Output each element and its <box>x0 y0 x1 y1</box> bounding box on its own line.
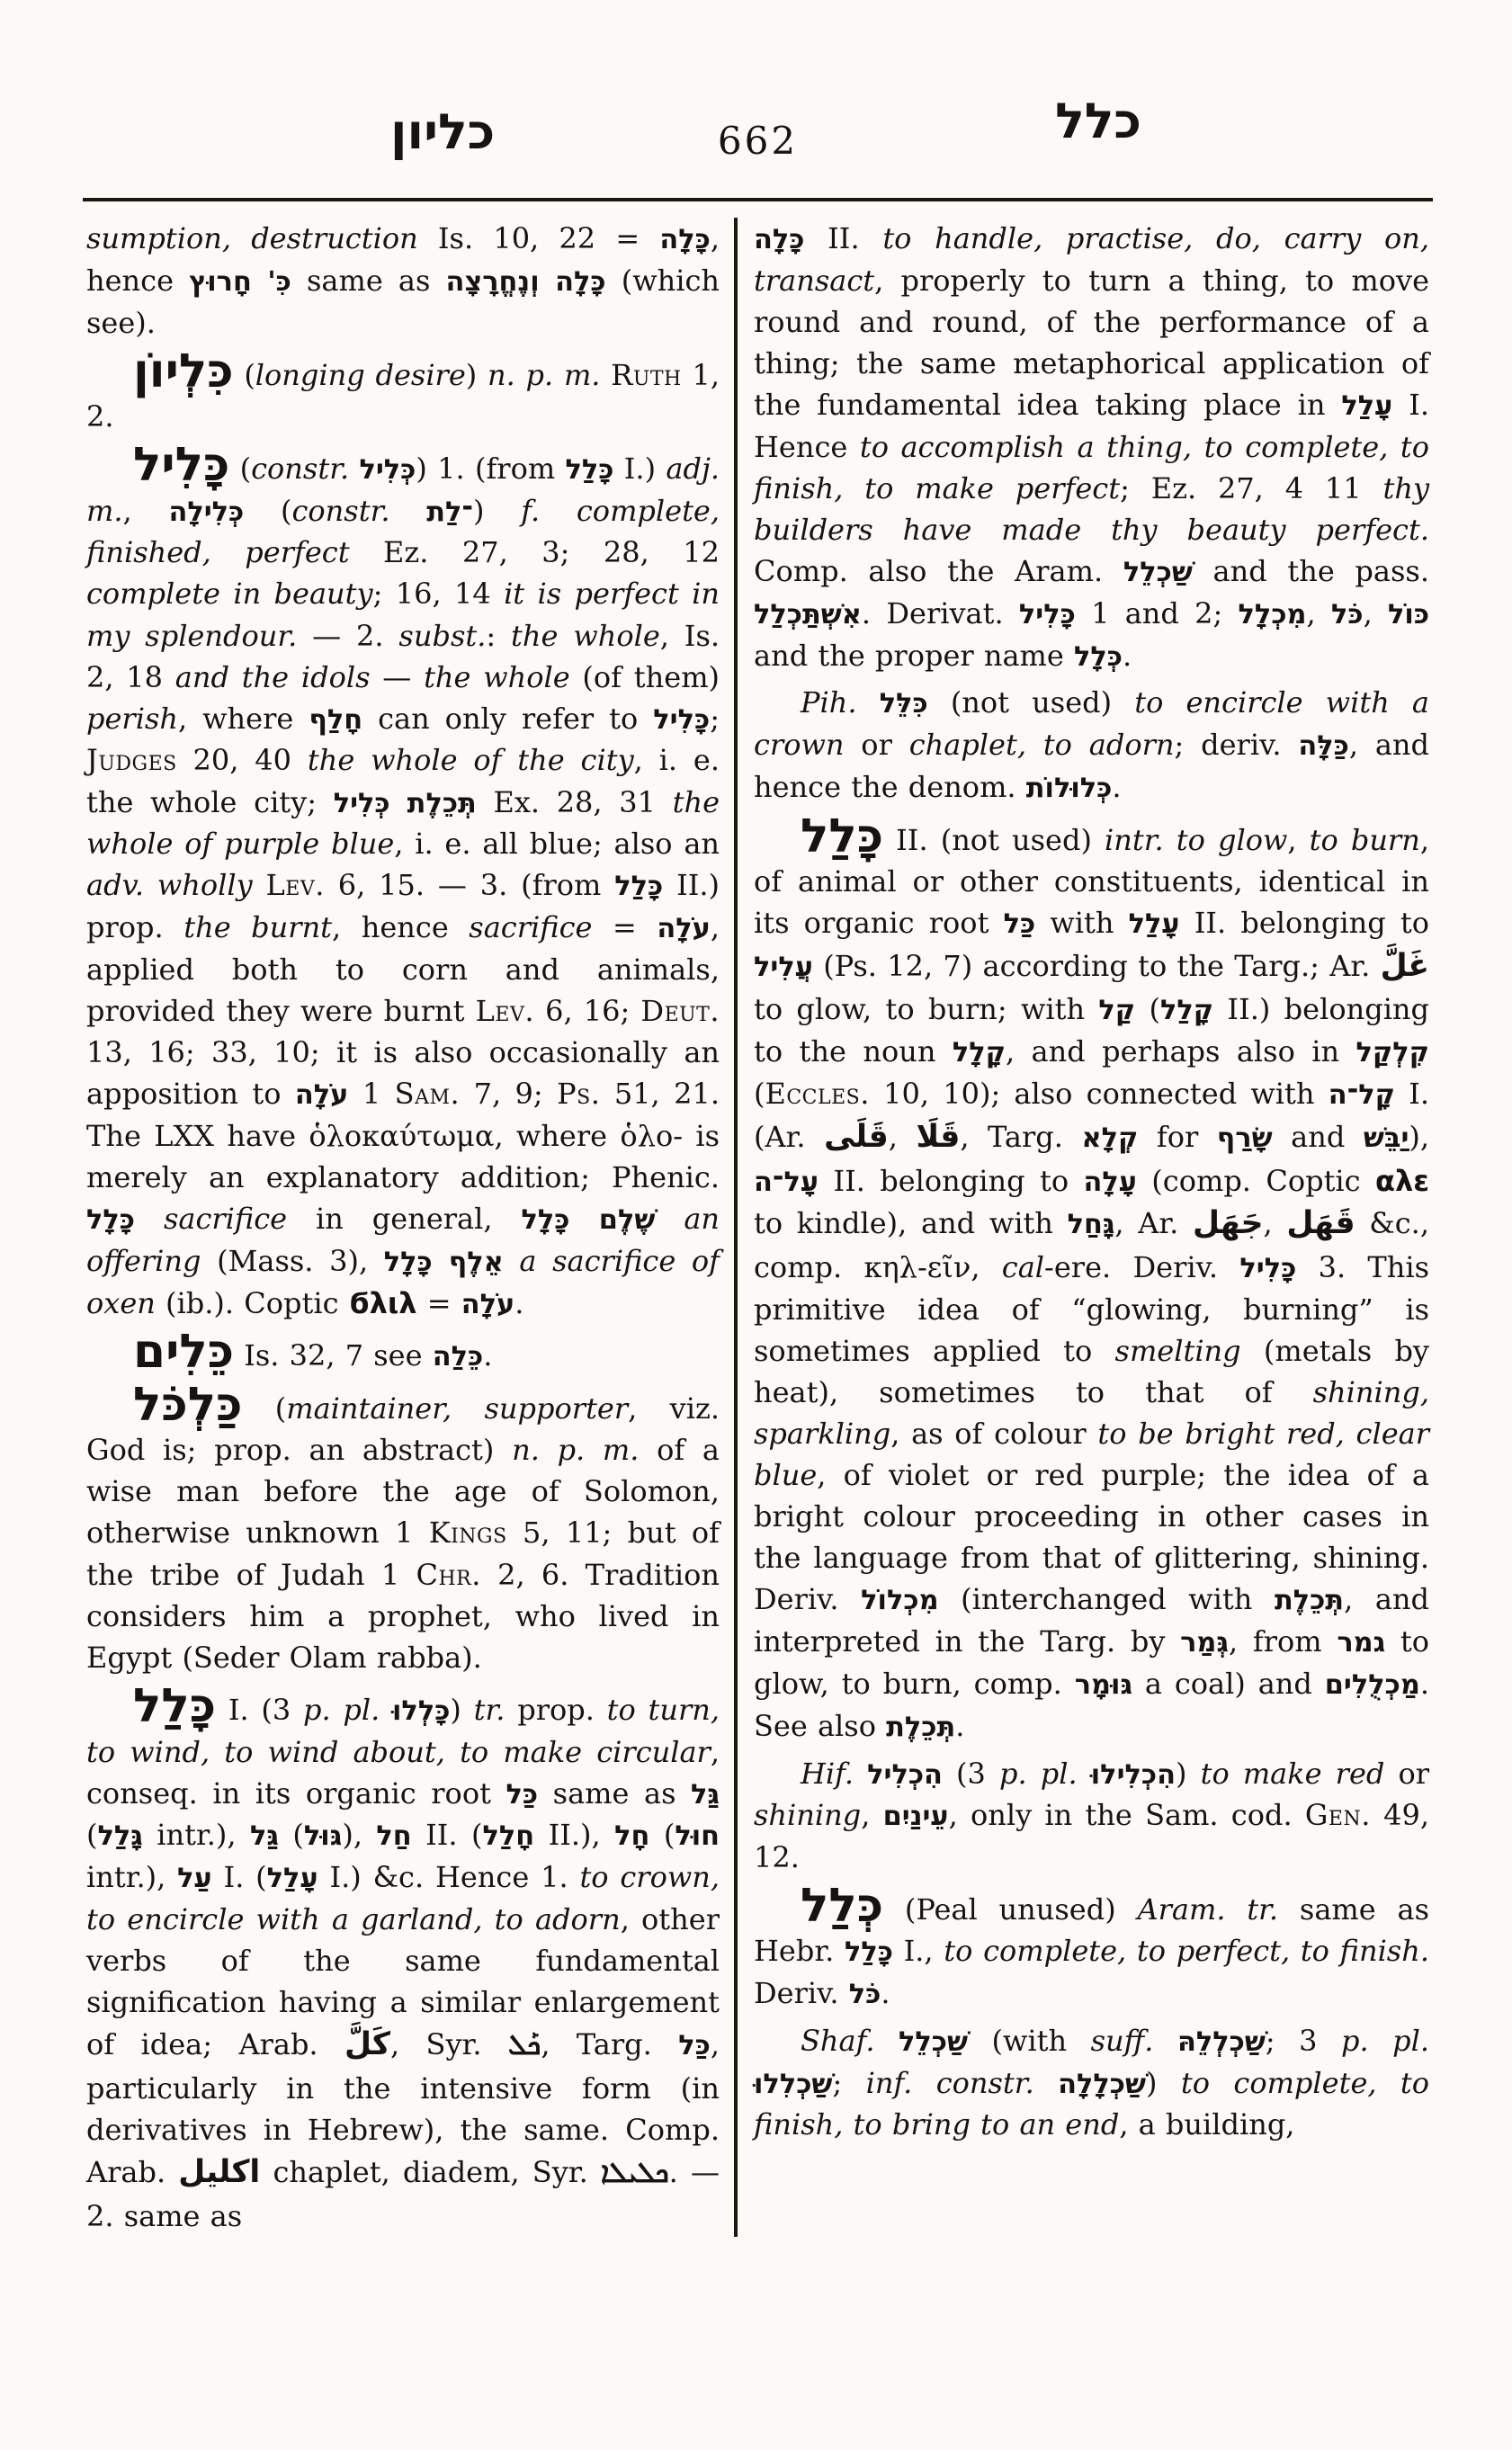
hebrew-word: מַכְלֻלִים <box>1325 1669 1420 1701</box>
text-run <box>1078 1757 1091 1791</box>
italic-run: chaplet, to adorn <box>909 728 1175 762</box>
smallcaps-reference: Ps. <box>557 1077 600 1111</box>
hebrew-word: גַּל <box>691 1779 720 1811</box>
hebrew-headword: כֵּלִים <box>133 1325 234 1379</box>
entry-paragraph: כַּלְכֹּל (maintainer, supporter, viz. G… <box>86 1382 720 1678</box>
hebrew-word: עָל־ה <box>754 1167 819 1198</box>
text-run: ) <box>450 1693 473 1727</box>
smallcaps-reference: Lev. <box>266 868 325 902</box>
coptic-word: αλε <box>1375 1164 1429 1198</box>
entry-paragraph: Shaf. שַׁכְלֵל (with suff. שַׁכְלְלֵהּ; … <box>754 2020 1429 2146</box>
hebrew-headword: כְּלַל <box>801 1879 883 1933</box>
hebrew-word: עָלָה <box>1083 1167 1136 1198</box>
italic-run: to make red <box>1201 1757 1385 1791</box>
smallcaps-reference: Ruth <box>611 358 682 392</box>
text-run: (ib.). Coptic <box>156 1286 349 1320</box>
text-run: ; 16, 14 <box>373 577 504 611</box>
text-run: II. <box>804 221 882 255</box>
italic-run: the whole <box>511 619 660 653</box>
hebrew-word: אֵלֶף כָּלָל <box>384 1247 504 1278</box>
text-run <box>504 1244 520 1278</box>
text-run <box>854 1757 867 1791</box>
text-run <box>349 452 359 486</box>
hebrew-word: כַּלָּה <box>1298 730 1348 762</box>
text-run <box>874 2024 899 2058</box>
text-run: (3 <box>943 1757 999 1791</box>
text-run <box>655 1202 684 1236</box>
text-run: . <box>514 1286 523 1320</box>
text-run: I. ( <box>212 1860 267 1894</box>
header-keyword-left: כליון <box>390 108 495 156</box>
text-run: ) 1. (from <box>416 452 565 486</box>
text-run: (interchanged with <box>939 1582 1275 1616</box>
hebrew-word: חוּל <box>675 1820 720 1852</box>
text-run: — 2. <box>297 619 398 653</box>
text-columns: sumption, destruction Is. 10, 22 = כָּלָ… <box>86 218 1429 2237</box>
text-run: ( <box>86 1818 97 1852</box>
text-run: ( <box>229 452 251 486</box>
hebrew-word: חָלַל <box>483 1820 535 1852</box>
text-run: Is. 32, 7 see <box>234 1338 433 1373</box>
text-run: and the proper name <box>754 639 1074 673</box>
text-run: , <box>889 1120 917 1154</box>
text-run: and <box>1273 1120 1364 1154</box>
hebrew-word: כְּלִילָה <box>168 496 244 528</box>
hebrew-word: כִּלֵּל <box>880 688 928 720</box>
text-run: prop. <box>505 1693 606 1727</box>
text-run: II. ( <box>412 1818 483 1852</box>
text-run: in general, <box>287 1202 521 1236</box>
hebrew-word: גָּחַל <box>1068 1209 1115 1240</box>
text-run: II.), <box>534 1818 614 1852</box>
text-run: , <box>1364 596 1388 630</box>
header-keyword-right: כלל <box>1055 97 1141 146</box>
italic-run: the burnt <box>183 910 332 944</box>
text-run: II. belonging to <box>1180 906 1429 940</box>
text-run: , <box>123 494 169 528</box>
text-run: , only in the Sam. cod. <box>949 1798 1305 1832</box>
hebrew-headword: כָּלַל <box>133 1679 216 1733</box>
italic-run: complete in beauty <box>86 577 373 611</box>
italic-run: n. p. m. <box>512 1433 639 1467</box>
coptic-word: ϭλιλ <box>349 1286 417 1320</box>
text-run: , Ar. <box>1114 1206 1193 1240</box>
hebrew-word: קַל <box>1098 995 1135 1026</box>
text-run: or <box>844 728 908 762</box>
header-rule <box>83 198 1433 201</box>
italic-run: and the idols <box>175 660 371 694</box>
italic-run: Aram. tr. <box>1137 1892 1278 1927</box>
text-run: chaplet, diadem, Syr. <box>260 2155 601 2189</box>
text-run: for <box>1138 1120 1216 1154</box>
text-run: ; <box>710 702 720 736</box>
text-run: (not used) <box>928 685 1135 720</box>
italic-run: maintainer, supporter <box>286 1391 628 1426</box>
text-run <box>253 868 266 902</box>
italic-run: inf. constr. <box>866 2066 1034 2100</box>
text-run: , Targ. <box>960 1120 1081 1154</box>
right-column: כָּלָה II. to handle, practise, do, carr… <box>754 218 1429 2237</box>
text-run <box>135 1202 164 1236</box>
text-run <box>600 358 611 392</box>
text-run: I.) <box>614 452 667 486</box>
text-run: , and perhaps also in <box>1006 1034 1356 1069</box>
italic-run: shining <box>754 1798 861 1832</box>
hebrew-word: עַל <box>177 1863 212 1894</box>
hebrew-word: חָלַף <box>309 704 362 736</box>
italic-run: to burn <box>1310 823 1420 857</box>
text-run: or <box>1384 1757 1429 1791</box>
text-run: — <box>371 660 425 694</box>
hebrew-word: עֲלִיל <box>754 952 813 983</box>
hebrew-word: קָלָל <box>953 1037 1006 1069</box>
italic-run: the whole of the city <box>308 743 634 777</box>
text-run: 6, 16; <box>534 994 640 1028</box>
text-run: ( <box>244 494 291 528</box>
hebrew-word: חַל <box>376 1820 411 1852</box>
italic-run: p. pl. <box>1341 2024 1429 2058</box>
smallcaps-reference: Judges <box>86 743 177 777</box>
italic-run: smelting <box>1115 1334 1241 1368</box>
text-run: , Targ. <box>541 2027 678 2061</box>
italic-run: Hif. <box>801 1757 854 1791</box>
greek-word: κηλ-εῖν <box>863 1250 971 1284</box>
smallcaps-reference: Eccles. <box>765 1077 869 1111</box>
text-run: 1 <box>348 1077 394 1111</box>
hebrew-word: כָּלָה <box>659 224 710 255</box>
smallcaps-reference: Kings <box>429 1516 507 1550</box>
hebrew-word: עֵינַיִם <box>883 1801 949 1832</box>
text-run: II. (not used) <box>883 823 1105 857</box>
hebrew-word: כָּלִיל <box>1019 599 1076 630</box>
text-run: (comp. Coptic <box>1137 1164 1375 1198</box>
hebrew-headword: כִּלְיוֹן <box>133 344 234 398</box>
hebrew-word: גַּל <box>250 1820 279 1852</box>
hebrew-word: כְּלִיל <box>359 454 416 486</box>
hebrew-headword: כַּלְכֹּל <box>133 1378 242 1432</box>
text-run: (with <box>968 2024 1091 2058</box>
text-run <box>1034 2066 1058 2100</box>
text-run: ) <box>1176 1757 1201 1791</box>
hebrew-word: הִכְלִיל <box>867 1759 943 1791</box>
text-run: = <box>592 910 657 944</box>
hebrew-word: עָלַל <box>267 1863 318 1894</box>
arabic-word: كَلَّ <box>344 2026 390 2062</box>
text-run: ( <box>242 1391 286 1426</box>
hebrew-word: כָּלַל <box>566 454 614 486</box>
hebrew-word: שַׁכְלֵל <box>899 2026 968 2058</box>
hebrew-word: כַּל <box>678 2030 711 2061</box>
text-run: and the pass. <box>1193 554 1429 588</box>
continuation-paragraph: sumption, destruction Is. 10, 22 = כָּלָ… <box>86 218 720 344</box>
italic-run: Shaf. <box>801 2024 874 2058</box>
text-run: ( <box>1135 992 1160 1026</box>
hebrew-word: כָּלָה וְנֶחֱרָצָה <box>446 266 606 298</box>
text-run: 6, 15. — 3. (from <box>325 868 614 902</box>
smallcaps-reference: Sam. <box>395 1077 461 1111</box>
text-run: ), <box>1409 1120 1429 1154</box>
italic-run: n. p. m. <box>488 358 600 392</box>
text-run: . <box>1123 639 1132 673</box>
text-run: . <box>483 1338 492 1373</box>
text-run: 20, 40 <box>177 743 308 777</box>
italic-run: cal- <box>1002 1250 1054 1284</box>
hebrew-word: עֹלָה <box>295 1079 349 1111</box>
hebrew-word: כָּלָל <box>86 1204 135 1236</box>
page-number: 662 <box>718 119 798 163</box>
italic-run: p. pl. <box>303 1693 380 1727</box>
hebrew-word: גָּלַל <box>97 1820 142 1852</box>
hebrew-word: אִשְׁתַּכְלַל <box>754 599 862 630</box>
hebrew-word: תְּכֵלֶת <box>886 1712 955 1743</box>
text-run: , <box>861 1798 882 1832</box>
hebrew-word: כַּל <box>506 1779 539 1811</box>
text-run: ( <box>279 1818 304 1852</box>
entry-paragraph: כָּלִיל (constr. כְּלִיל) 1. (from כָּלַ… <box>86 443 720 1325</box>
text-run: to kindle), and with <box>754 1206 1068 1240</box>
hebrew-word: כָּלַל <box>845 1936 893 1968</box>
text-run: ; 3 <box>1266 2024 1341 2058</box>
hebrew-word: כְּלוּלוֹת <box>1026 773 1113 804</box>
entry-paragraph: כָּלַל II. (not used) intr. to glow, to … <box>754 814 1429 1748</box>
hebrew-word: כּוֹל <box>1388 599 1429 630</box>
text-run: ; Ez. 27, 4 11 <box>1120 471 1382 505</box>
hebrew-word: עָלַל <box>1129 908 1180 940</box>
text-run: same as <box>538 1776 691 1811</box>
hebrew-word: גּוּמָר <box>1075 1669 1132 1701</box>
italic-run: sacrifice <box>469 910 592 944</box>
hebrew-word: כֹּל <box>849 1979 881 2010</box>
dictionary-page: כליון 662 כלל sumption, destruction Is. … <box>0 0 1512 2450</box>
italic-run: constr. <box>291 494 389 528</box>
hebrew-word: כָּלִיל <box>653 704 710 736</box>
text-run: intr.), <box>143 1818 250 1852</box>
text-run: , <box>971 1250 1001 1284</box>
text-run: , as of colour <box>890 1417 1097 1451</box>
arabic-word: غَلَّ <box>1381 948 1429 984</box>
text-run: ) <box>1146 2066 1181 2100</box>
smallcaps-reference: Gen. <box>1305 1798 1371 1832</box>
greek-word: ὁλο- <box>620 1119 683 1153</box>
hebrew-word: קִלְקַל <box>1355 1037 1429 1069</box>
text-run: , where <box>178 702 309 736</box>
text-run: with <box>1035 906 1128 940</box>
entry-paragraph: Hif. הִכְלִיל (3 p. pl. הִכְלִילוּ) to m… <box>754 1753 1429 1879</box>
text-run: , hence <box>332 910 469 944</box>
italic-run: p. pl. <box>999 1757 1078 1791</box>
hebrew-word: תְּכֵלֶת <box>1275 1585 1344 1616</box>
italic-run: perish <box>86 702 178 736</box>
italic-run: Pih. <box>801 685 857 720</box>
hebrew-word: כִּ' חָרוּץ <box>189 266 291 298</box>
text-run: ; <box>832 2066 865 2100</box>
text-run: II. belonging to <box>819 1164 1083 1198</box>
hebrew-word: ־לַת <box>426 496 473 528</box>
hebrew-word: הִכְלִילוּ <box>1091 1759 1176 1791</box>
hebrew-word: כְּלָל <box>1074 641 1123 673</box>
smallcaps-reference: Deut. <box>640 994 720 1028</box>
hebrew-word: שַׁכְלָלָה <box>1058 2069 1146 2100</box>
text-run: Is. 10, 22 = <box>418 221 660 255</box>
hebrew-word: מִכְלָל <box>1239 599 1307 630</box>
text-run: (Peal unused) <box>883 1892 1137 1927</box>
page-header: כליון 662 כלל <box>86 83 1429 198</box>
text-run: (Mass. 3), <box>201 1244 384 1278</box>
text-run: same as <box>291 264 446 298</box>
hebrew-word: שַׁכְלֵל <box>1123 557 1193 588</box>
text-run: 10, 10); also connected with <box>870 1077 1329 1111</box>
left-column: sumption, destruction Is. 10, 22 = כָּלָ… <box>86 218 720 2237</box>
hebrew-word: כָּלְלוּ <box>392 1695 450 1727</box>
hebrew-word: חָל <box>614 1820 649 1852</box>
text-run: , from <box>1229 1624 1337 1659</box>
hebrew-word: גְּמַר <box>1180 1627 1229 1659</box>
italic-run: tr. <box>474 1693 505 1727</box>
entry-paragraph: כָּלַל I. (3 p. pl. כָּלְלוּ) tr. prop. … <box>86 1684 720 2237</box>
italic-run: subst. <box>398 619 486 653</box>
italic-run: sacrifice <box>164 1202 287 1236</box>
text-run: ) <box>473 494 521 528</box>
italic-run: adv. wholly <box>86 868 253 902</box>
hebrew-word: קָל־ה <box>1329 1079 1395 1111</box>
hebrew-word: כֵּלַה <box>433 1341 483 1373</box>
hebrew-word: קְלָא <box>1081 1122 1138 1154</box>
hebrew-word: יַבֵּשׁ <box>1364 1122 1409 1154</box>
text-run: Deriv. <box>754 1976 849 2010</box>
text-run: , <box>1287 823 1309 857</box>
text-run <box>857 685 880 720</box>
text-run: intr.), <box>86 1860 177 1894</box>
text-run: , <box>1264 1206 1287 1240</box>
text-run: ), <box>342 1818 376 1852</box>
text-run <box>380 1693 392 1727</box>
text-run: ( <box>754 1077 765 1111</box>
text-run: I.) &c. Hence 1. <box>318 1860 580 1894</box>
hebrew-word: קָלַל <box>1160 995 1213 1026</box>
syriac-word: ܟܰܠ <box>508 2027 541 2061</box>
text-run: = <box>417 1286 461 1320</box>
text-run: ) <box>466 358 488 392</box>
hebrew-word: עֹלָה <box>657 913 711 944</box>
arabic-word: جَهَل <box>1193 1205 1264 1241</box>
text-run: 7, 9; <box>460 1077 557 1111</box>
text-run: 1 and 2; <box>1076 596 1239 630</box>
hebrew-word: כַּל <box>1004 908 1036 940</box>
hebrew-word: עֹלָה <box>461 1289 515 1320</box>
arabic-word: قَهَل <box>1286 1205 1355 1241</box>
text-run: (Ps. 12, 7) according to the Targ.; Ar. <box>813 949 1381 983</box>
italic-run: suff. <box>1091 2024 1154 2058</box>
text-run: Ez. 27, 3; 28, 12 <box>350 535 720 569</box>
text-run: to glow, to burn; with <box>754 992 1098 1026</box>
hebrew-headword: כָּלִיל <box>133 438 229 492</box>
italic-run: constr. <box>251 452 349 486</box>
continuation-paragraph: כָּלָה II. to handle, practise, do, carr… <box>754 218 1429 676</box>
italic-run: sumption, destruction <box>86 221 418 255</box>
hebrew-word: כָּלָה <box>754 224 804 255</box>
syriac-word: ܟܠܝܠܐ <box>601 2155 669 2189</box>
hebrew-word: שָׂרַף <box>1217 1122 1273 1154</box>
italic-run: longing desire <box>255 358 466 392</box>
smallcaps-reference: Lev. <box>476 994 534 1028</box>
hebrew-word: תְּכֵלֶת כְּלִיל <box>334 788 477 819</box>
entry-paragraph: Pih. כִּלֵּל (not used) to encircle with… <box>754 682 1429 808</box>
hebrew-word: שֶׁלֶם כָּלָל <box>521 1204 655 1236</box>
entry-paragraph: כֵּלִים Is. 32, 7 see כֵּלַה. <box>86 1329 720 1377</box>
text-run: . <box>881 1976 890 2010</box>
hebrew-word: עָלַל <box>1341 390 1392 422</box>
hebrew-word: גמר <box>1337 1627 1385 1659</box>
text-run <box>390 494 427 528</box>
hebrew-word: כָּלַל <box>614 871 663 902</box>
text-run: can only refer to <box>362 702 653 736</box>
arabic-word: اكليل <box>178 2154 260 2190</box>
text-run: : <box>486 619 511 653</box>
text-run: . <box>1112 770 1121 804</box>
hebrew-word: כֹּל <box>1331 599 1364 630</box>
italic-run: the whole <box>424 660 570 694</box>
text-run: ( <box>234 358 255 392</box>
text-run: ; deriv. <box>1175 728 1299 762</box>
hebrew-word: גּוּל <box>304 1820 342 1852</box>
text-run: I., <box>893 1934 944 1968</box>
greek-word: ὁλοκαύτωμα <box>309 1119 494 1153</box>
smallcaps-reference: Chr. <box>416 1558 480 1592</box>
hebrew-word: מִכְלוֹל <box>861 1585 938 1616</box>
entry-paragraph: כִּלְיוֹן (longing desire) n. p. m. Ruth… <box>86 349 720 437</box>
column-divider <box>734 218 738 2237</box>
entry-paragraph: כְּלַל (Peal unused) Aram. tr. same as H… <box>754 1883 1429 2015</box>
text-run: I. (3 <box>216 1693 303 1727</box>
text-run <box>1153 2024 1177 2058</box>
italic-run: to complete, to perfect, to finish. <box>944 1934 1429 1968</box>
text-run: , i. e. all blue; also an <box>394 827 720 861</box>
arabic-word: قَلَى <box>824 1119 889 1155</box>
text-run: . Derivat. <box>862 596 1019 630</box>
text-run: a coal) and <box>1132 1667 1325 1701</box>
hebrew-word: כָּלִיל <box>1239 1253 1296 1284</box>
text-run: , where <box>494 1119 620 1153</box>
hebrew-headword: כָּלַל <box>801 809 883 863</box>
italic-run: intr. to glow <box>1105 823 1287 857</box>
hebrew-word: שַׁכְלִלוּ <box>754 2069 832 2100</box>
text-run: Comp. also the Aram. <box>754 554 1123 588</box>
text-run: ( <box>649 1818 675 1852</box>
text-run: , a building, <box>1119 2107 1294 2142</box>
text-run: (of them) <box>570 660 720 694</box>
text-run: , Syr. <box>390 2027 508 2061</box>
text-run: ere. Deriv. <box>1054 1250 1240 1284</box>
arabic-word: قَلَا <box>916 1119 960 1155</box>
text-run: Ex. 28, 31 <box>477 785 673 819</box>
hebrew-word: שַׁכְלְלֵהּ <box>1177 2026 1266 2058</box>
text-run: . <box>955 1709 964 1743</box>
text-run: , <box>1307 596 1331 630</box>
